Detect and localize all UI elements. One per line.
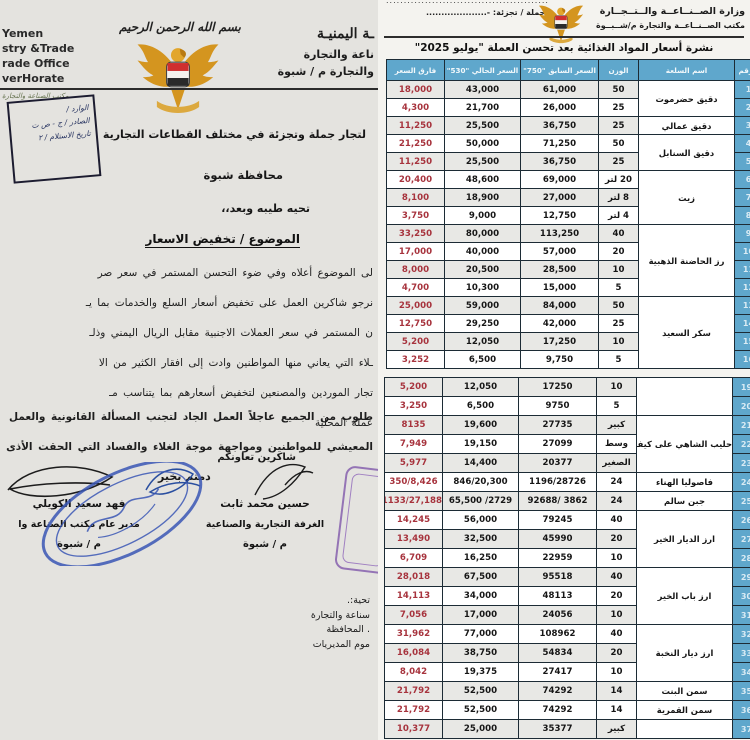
ministry-line: مكتب الصــنــاعــة والتجارة م/شــبــوة — [596, 21, 745, 30]
previous-price-cell: 3862 /92688 — [519, 492, 597, 511]
weight-cell: 24 — [597, 473, 637, 492]
letterhead-english-line: stry &Trade — [2, 41, 74, 56]
table-header-row: الرقم اسم السلعة الوزن السعر السابق "750… — [387, 60, 750, 81]
current-price-cell: 9,000 — [445, 207, 521, 225]
body-line: لى الموضوع أعلاه وفي ضوء التحسن المستمر … — [0, 258, 378, 288]
price-diff-cell: 10,377 — [385, 720, 443, 739]
purple-stamp-icon — [334, 465, 378, 575]
item-name-cell: ارز ديار النخبة — [637, 625, 733, 682]
current-price-cell: 6,500 — [443, 397, 519, 416]
governorate-line: محافظة شبوة — [204, 168, 283, 182]
previous-price-cell: 74292 — [519, 682, 597, 701]
signer-name: فهد سعيد الكويلي — [0, 498, 158, 510]
current-price-cell: 16,250 — [443, 549, 519, 568]
col-current-price: السعر الحالي "530" — [445, 60, 521, 81]
row-number-cell: 32 — [733, 625, 750, 644]
weight-cell: 25 — [599, 153, 639, 171]
price-diff-cell: 21,792 — [385, 682, 443, 701]
table-row: 13سكر السعيد5084,00059,00025,000 — [387, 297, 750, 315]
weight-cell: 14 — [597, 701, 637, 720]
previous-price-cell: 17,250 — [521, 333, 599, 351]
previous-price-cell: 15,000 — [521, 279, 599, 297]
current-price-cell: 80,000 — [445, 225, 521, 243]
previous-price-cell: 71,250 — [521, 135, 599, 153]
weight-cell: 50 — [599, 135, 639, 153]
farewell-line: دمتم بخير — [158, 470, 211, 483]
weight-cell: 8 لتر — [599, 189, 639, 207]
body-line: المعيشي للمواطنين ومواجهة موجة الغلاء وا… — [0, 432, 378, 462]
row-number-cell: 1 — [735, 81, 750, 99]
signer-region: م / شبوة — [190, 539, 340, 550]
row-number-cell: 14 — [735, 315, 750, 333]
body-line: ن المستمر في سعر العملات الاجنبية مقابل … — [0, 318, 378, 348]
price-diff-cell: 1133/27,188 — [385, 492, 443, 511]
previous-price-cell: 1196/28726 — [519, 473, 597, 492]
price-diff-cell: 18,000 — [387, 81, 445, 99]
price-diff-cell: 7,056 — [385, 606, 443, 625]
weight-cell: كبير — [597, 720, 637, 739]
row-number-cell: 27 — [733, 530, 750, 549]
row-number-cell: 13 — [735, 297, 750, 315]
row-number-cell: 26 — [733, 511, 750, 530]
row-number-cell: 33 — [733, 644, 750, 663]
table-row: 25جبن سالم243862 /926882729/ 65,5001133/… — [385, 492, 750, 511]
weight-cell: 20 — [597, 587, 637, 606]
row-number-cell: 30 — [733, 587, 750, 606]
previous-price-cell: 27417 — [519, 663, 597, 682]
price-diff-cell: 12,750 — [387, 315, 445, 333]
item-name-cell — [637, 378, 733, 416]
weight-cell: 10 — [597, 663, 637, 682]
row-number-cell: 2 — [735, 99, 750, 117]
current-price-cell: 77,000 — [443, 625, 519, 644]
bulletin-title: نشرة أسعار المواد الغذائية بعد تحسن العم… — [384, 36, 744, 54]
item-name-cell — [637, 720, 733, 739]
weight-cell: 50 — [599, 81, 639, 99]
previous-price-cell: 22959 — [519, 549, 597, 568]
body-line: ـلاء التي يعاني منها المواطنين وادت إلى … — [0, 348, 378, 378]
table-row: 4دقيق السنابل5071,25050,00021,250 — [387, 135, 750, 153]
previous-price-cell: 24056 — [519, 606, 597, 625]
previous-price-cell: 48113 — [519, 587, 597, 606]
thanks-line: شاكرين تعاونكم — [217, 452, 296, 463]
scanned-document-page: { "letter": { "english_lines": ["Yemen",… — [0, 0, 750, 740]
table-row: 1دقيق حضرموت5061,00043,00018,000 — [387, 81, 750, 99]
previous-price-cell: 36,750 — [521, 153, 599, 171]
price-diff-cell: 5,200 — [387, 333, 445, 351]
ministry-header: وزارة الصــنــاعــة والــتــجــارة مكتب … — [596, 6, 745, 30]
row-number-cell: 28 — [733, 549, 750, 568]
current-price-cell: 19,375 — [443, 663, 519, 682]
col-price-diff: فارق السعر — [387, 60, 445, 81]
current-price-cell: 19,600 — [443, 416, 519, 435]
current-price-cell: 25,500 — [445, 117, 521, 135]
row-number-cell: 20 — [733, 397, 750, 416]
price-diff-cell: 21,792 — [385, 701, 443, 720]
dotted-line: ........................................… — [386, 0, 549, 5]
greeting-line: تحيه طيبه وبعد،، — [221, 202, 310, 215]
table-row: 24فاصوليا الهناء241196/28726846/20,30035… — [385, 473, 750, 492]
previous-price-cell: 61,000 — [521, 81, 599, 99]
previous-price-cell: 95518 — [519, 568, 597, 587]
letterhead-english: Yemen stry &Trade rade Office verHorate … — [2, 26, 74, 104]
price-diff-cell: 8135 — [385, 416, 443, 435]
previous-price-cell: 9750 — [519, 397, 597, 416]
current-price-cell: 19,150 — [443, 435, 519, 454]
row-number-cell: 10 — [735, 243, 750, 261]
weight-cell: 20 لتر — [599, 171, 639, 189]
row-number-cell: 4 — [735, 135, 750, 153]
letter-document: Yemen stry &Trade rade Office verHorate … — [0, 0, 378, 740]
letterhead-arabic-line: ـة اليمنيـة — [278, 26, 374, 42]
item-name-cell: زيت — [639, 171, 735, 225]
price-diff-cell: 6,709 — [385, 549, 443, 568]
current-price-cell: 14,400 — [443, 454, 519, 473]
row-number-cell: 11 — [735, 261, 750, 279]
price-diff-cell: 33,250 — [387, 225, 445, 243]
row-number-cell: 9 — [735, 225, 750, 243]
letterhead-arabic-line: والتجارة م / شبوة — [278, 65, 374, 78]
wholesale-retail-line: جملة / تجزئة: -.................... — [426, 8, 545, 17]
table-row: 29ارز باب الخير409551867,50028,018 — [385, 568, 750, 587]
weight-cell: 5 — [597, 397, 637, 416]
item-name-cell: رز الحاضنة الذهبية — [639, 225, 735, 297]
item-name-cell: سمن القمرية — [637, 701, 733, 720]
letterhead-english-line: verHorate — [2, 71, 74, 86]
col-weight: الوزن — [599, 60, 639, 81]
item-name-cell: فاصوليا الهناء — [637, 473, 733, 492]
weight-cell: 20 — [599, 243, 639, 261]
body-line: نرجو شاكرين العمل على تخفيض أسعار السلع … — [0, 288, 378, 318]
price-diff-cell: 3,250 — [385, 397, 443, 416]
price-diff-cell: 5,200 — [385, 378, 443, 397]
weight-cell: 40 — [597, 568, 637, 587]
bismillah-calligraphy: بسم الله الرحمن الرحيم — [95, 20, 265, 34]
cc-line: . المحافظة — [311, 623, 370, 638]
previous-price-cell: 36,750 — [521, 117, 599, 135]
row-number-cell: 5 — [735, 153, 750, 171]
price-diff-cell: 8,042 — [385, 663, 443, 682]
weight-cell: 10 — [597, 378, 637, 397]
price-diff-cell: 8,100 — [387, 189, 445, 207]
row-number-cell: 29 — [733, 568, 750, 587]
weight-cell: 24 — [597, 492, 637, 511]
price-diff-cell: 350/8,426 — [385, 473, 443, 492]
letterhead-english-line: Yemen — [2, 26, 74, 41]
item-name-cell: جبن سالم — [637, 492, 733, 511]
signature-right: حسين محمد ثابت الغرفة التجارية والصناعية… — [190, 498, 340, 550]
weight-cell: كبير — [597, 416, 637, 435]
price-diff-cell: 25,000 — [387, 297, 445, 315]
previous-price-cell: 42,000 — [521, 315, 599, 333]
previous-price-cell: 74292 — [519, 701, 597, 720]
table-row: 6زيت20 لتر69,00048,60020,400 — [387, 171, 750, 189]
current-price-cell: 32,500 — [443, 530, 519, 549]
current-price-cell: 67,500 — [443, 568, 519, 587]
table-row: 26ارز الديار الخير407924556,00014,245 — [385, 511, 750, 530]
current-price-cell: 38,750 — [443, 644, 519, 663]
price-diff-cell: 31,962 — [385, 625, 443, 644]
price-diff-cell: 8,000 — [387, 261, 445, 279]
subject-line: الموضوع / تخفيض الاسعار — [145, 232, 300, 248]
row-number-cell: 25 — [733, 492, 750, 511]
previous-price-cell: 26,000 — [521, 99, 599, 117]
col-item-name: اسم السلعة — [639, 60, 735, 81]
cc-line: تحية:. — [311, 594, 370, 609]
item-name-cell: ارز باب الخير — [637, 568, 733, 625]
previous-price-cell: 35377 — [519, 720, 597, 739]
row-number-cell: 35 — [733, 682, 750, 701]
weight-cell: 20 — [597, 530, 637, 549]
previous-price-cell: 28,500 — [521, 261, 599, 279]
weight-cell: 5 — [599, 351, 639, 369]
col-previous-price: السعر السابق "750" — [521, 60, 599, 81]
table-row: 19101725012,0505,200 — [385, 378, 750, 397]
table-row: 37كبير3537725,00010,377 — [385, 720, 750, 739]
weight-cell: 14 — [597, 682, 637, 701]
price-diff-cell: 14,245 — [385, 511, 443, 530]
price-diff-cell: 14,113 — [385, 587, 443, 606]
price-bulletin: ........................................… — [378, 0, 750, 740]
row-number-cell: 12 — [735, 279, 750, 297]
previous-price-cell: 17250 — [519, 378, 597, 397]
addressee-line: لتجار جملة وتجزئة في مختلف القطاعات التج… — [103, 128, 366, 141]
previous-price-cell: 54834 — [519, 644, 597, 663]
cc-line: سناعة والتجارة — [311, 609, 370, 624]
row-number-cell: 7 — [735, 189, 750, 207]
current-price-cell: 10,300 — [445, 279, 521, 297]
price-diff-cell: 17,000 — [387, 243, 445, 261]
item-name-cell: دقيق حضرموت — [639, 81, 735, 117]
signer-region: م / شبوة — [0, 539, 158, 550]
previous-price-cell: 27,000 — [521, 189, 599, 207]
price-diff-cell: 11,250 — [387, 153, 445, 171]
table-row: 35سمن البنت147429252,50021,792 — [385, 682, 750, 701]
current-price-cell: 846/20,300 — [443, 473, 519, 492]
cc-list: تحية:. سناعة والتجارة . المحافظة موم الم… — [311, 594, 370, 652]
current-price-cell: 52,500 — [443, 701, 519, 720]
weight-cell: 10 — [599, 333, 639, 351]
weight-cell: 40 — [597, 511, 637, 530]
price-diff-cell: 3,252 — [387, 351, 445, 369]
current-price-cell: 20,500 — [445, 261, 521, 279]
price-diff-cell: 4,300 — [387, 99, 445, 117]
current-price-cell: 40,000 — [445, 243, 521, 261]
body-line: طلوب من الجميع عاجلاً العمل الجاد لتجنب … — [0, 402, 378, 432]
yemen-emblem-icon — [132, 34, 224, 122]
cc-line: موم المديريات — [311, 638, 370, 653]
current-price-cell: 2729/ 65,500 — [443, 492, 519, 511]
weight-cell: 10 — [597, 549, 637, 568]
price-diff-cell: 7,949 — [385, 435, 443, 454]
current-price-cell: 29,250 — [445, 315, 521, 333]
ministry-line: وزارة الصــنــاعــة والــتــجــارة — [596, 6, 745, 17]
signature-left: فهد سعيد الكويلي مدير عام مكتب الصناعة و… — [0, 498, 158, 550]
routing-stamp-box: الوارد / الصادر / ج - ص ت تاريخ الاستلام… — [7, 94, 102, 183]
weight-cell: 25 — [599, 117, 639, 135]
price-diff-cell: 16,084 — [385, 644, 443, 663]
current-price-cell: 6,500 — [445, 351, 521, 369]
row-number-cell: 36 — [733, 701, 750, 720]
row-number-cell: 21 — [733, 416, 750, 435]
price-diff-cell: 5,977 — [385, 454, 443, 473]
signer-title: مدير عام مكتب الصناعة وا — [0, 519, 158, 530]
price-diff-cell: 13,490 — [385, 530, 443, 549]
previous-price-cell: 113,250 — [521, 225, 599, 243]
current-price-cell: 43,000 — [445, 81, 521, 99]
previous-price-cell: 57,000 — [521, 243, 599, 261]
current-price-cell: 52,500 — [443, 682, 519, 701]
price-diff-cell: 4,700 — [387, 279, 445, 297]
current-price-cell: 56,000 — [443, 511, 519, 530]
row-number-cell: 24 — [733, 473, 750, 492]
price-table-2: 19101725012,0505,20020597506,5003,25021ح… — [384, 377, 750, 739]
price-table-1: الرقم اسم السلعة الوزن السعر السابق "750… — [386, 59, 750, 369]
current-price-cell: 12,050 — [445, 333, 521, 351]
row-number-cell: 19 — [733, 378, 750, 397]
current-price-cell: 17,000 — [443, 606, 519, 625]
current-price-cell: 25,000 — [443, 720, 519, 739]
letterhead-arabic-line: ناعة والتجارة — [278, 48, 374, 61]
item-name-cell: سكر السعيد — [639, 297, 735, 369]
weight-cell: 25 — [599, 315, 639, 333]
previous-price-cell: 45990 — [519, 530, 597, 549]
weight-cell: 40 — [599, 225, 639, 243]
weight-cell: 5 — [599, 279, 639, 297]
item-name-cell: دقيق السنابل — [639, 135, 735, 171]
current-price-cell: 34,000 — [443, 587, 519, 606]
weight-cell: 10 — [597, 606, 637, 625]
item-name-cell: حليب الشاهي على كيفك — [637, 416, 733, 473]
current-price-cell: 18,900 — [445, 189, 521, 207]
current-price-cell: 48,600 — [445, 171, 521, 189]
previous-price-cell: 27735 — [519, 416, 597, 435]
price-diff-cell: 21,250 — [387, 135, 445, 153]
col-number: الرقم — [735, 60, 750, 81]
row-number-cell: 16 — [735, 351, 750, 369]
previous-price-cell: 27099 — [519, 435, 597, 454]
row-number-cell: 31 — [733, 606, 750, 625]
current-price-cell: 21,700 — [445, 99, 521, 117]
current-price-cell: 50,000 — [445, 135, 521, 153]
weight-cell: 20 — [597, 644, 637, 663]
previous-price-cell: 108962 — [519, 625, 597, 644]
row-number-cell: 6 — [735, 171, 750, 189]
current-price-cell: 25,500 — [445, 153, 521, 171]
previous-price-cell: 20377 — [519, 454, 597, 473]
table-row: 36سمن القمرية147429252,50021,792 — [385, 701, 750, 720]
letterhead-arabic: ـة اليمنيـة ناعة والتجارة والتجارة م / ش… — [278, 26, 374, 78]
previous-price-cell: 12,750 — [521, 207, 599, 225]
letterhead-english-line: rade Office — [2, 56, 74, 71]
table-row: 3دقيق عمالي2536,75025,50011,250 — [387, 117, 750, 135]
previous-price-cell: 79245 — [519, 511, 597, 530]
signer-title: الغرفة التجارية والصناعية — [190, 519, 340, 530]
table-row: 32ارز ديار النخبة4010896277,00031,962 — [385, 625, 750, 644]
letterhead-divider — [0, 88, 378, 90]
price-diff-cell: 28,018 — [385, 568, 443, 587]
row-number-cell: 34 — [733, 663, 750, 682]
item-name-cell: ارز الديار الخير — [637, 511, 733, 568]
weight-cell: الصغير — [597, 454, 637, 473]
row-number-cell: 23 — [733, 454, 750, 473]
row-number-cell: 8 — [735, 207, 750, 225]
weight-cell: 50 — [599, 297, 639, 315]
price-diff-cell: 3,750 — [387, 207, 445, 225]
item-name-cell: دقيق عمالي — [639, 117, 735, 135]
price-diff-cell: 20,400 — [387, 171, 445, 189]
weight-cell: وسط — [597, 435, 637, 454]
table-row: 9رز الحاضنة الذهبية40113,25080,00033,250 — [387, 225, 750, 243]
current-price-cell: 59,000 — [445, 297, 521, 315]
previous-price-cell: 9,750 — [521, 351, 599, 369]
previous-price-cell: 84,000 — [521, 297, 599, 315]
current-price-cell: 12,050 — [443, 378, 519, 397]
row-number-cell: 3 — [735, 117, 750, 135]
letter-body-bold: طلوب من الجميع عاجلاً العمل الجاد لتجنب … — [0, 402, 378, 462]
weight-cell: 10 — [599, 261, 639, 279]
row-number-cell: 22 — [733, 435, 750, 454]
table-row: 21حليب الشاهي على كيفككبير2773519,600813… — [385, 416, 750, 435]
weight-cell: 25 — [599, 99, 639, 117]
signer-name: حسين محمد ثابت — [190, 498, 340, 510]
previous-price-cell: 69,000 — [521, 171, 599, 189]
weight-cell: 40 — [597, 625, 637, 644]
row-number-cell: 15 — [735, 333, 750, 351]
row-number-cell: 37 — [733, 720, 750, 739]
item-name-cell: سمن البنت — [637, 682, 733, 701]
price-diff-cell: 11,250 — [387, 117, 445, 135]
weight-cell: 4 لتر — [599, 207, 639, 225]
